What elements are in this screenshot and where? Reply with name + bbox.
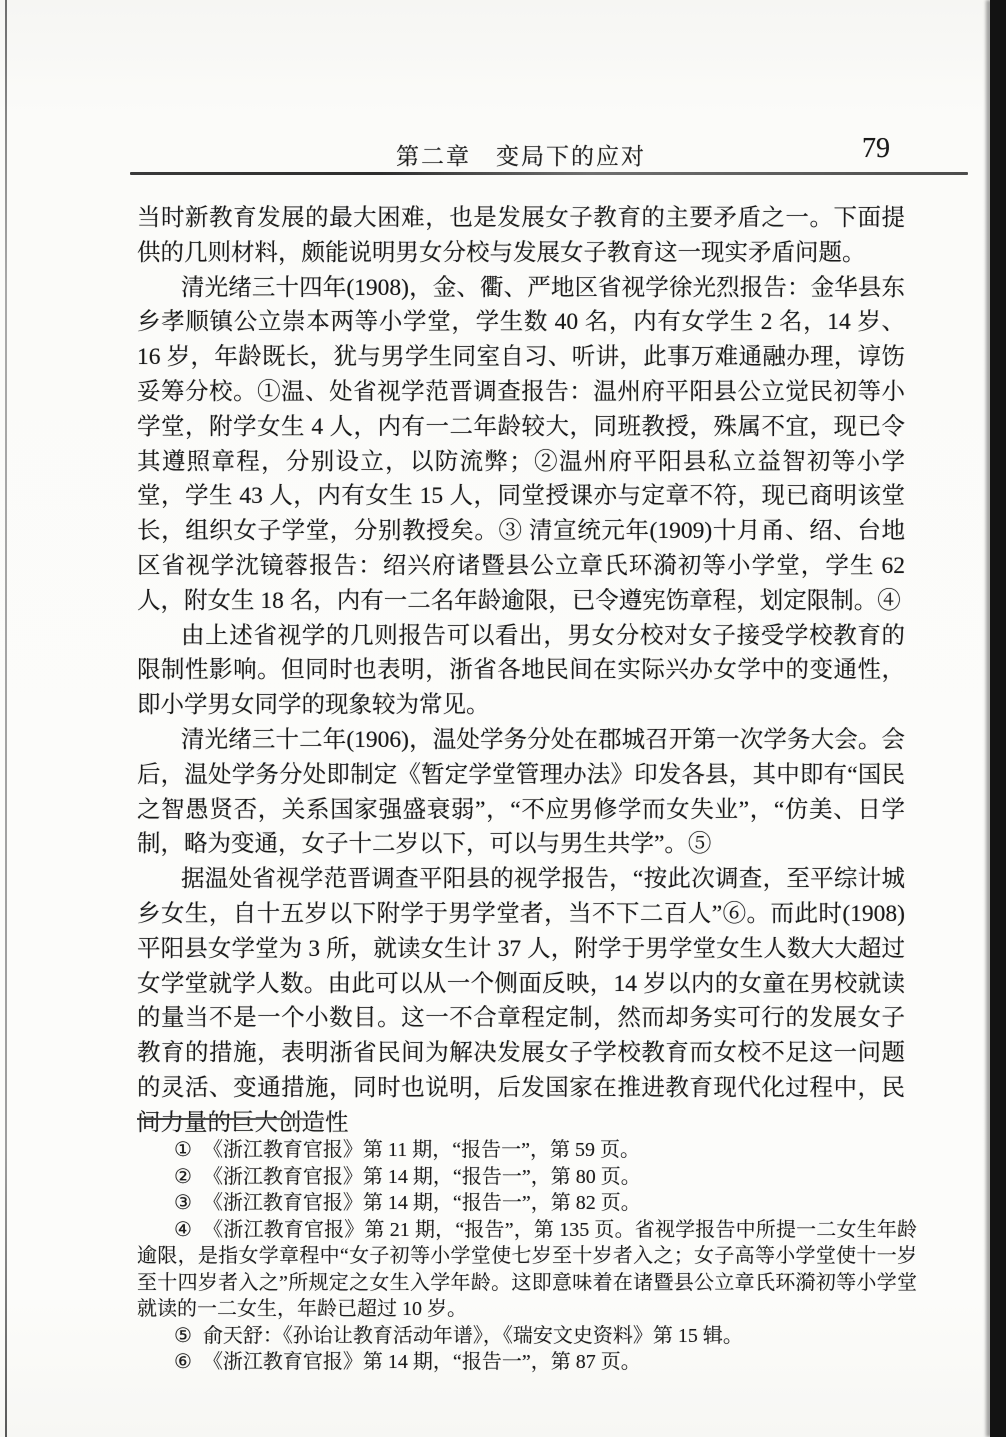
- footnote-text: 《浙江教育官报》第 14 期，“报告一”，第 82 页。: [203, 1192, 641, 1214]
- footnote-text: 《浙江教育官报》第 21 期，“报告”，第 135 页。省视学报告中所提一二女生…: [137, 1219, 917, 1321]
- footnote-text: 俞天舒：《孙诒让教育活动年谱》，《瑞安文史资料》第 15 辑。: [203, 1325, 743, 1347]
- footnote-marker: ③: [174, 1192, 192, 1214]
- scan-right-edge-band: [990, 0, 1006, 1437]
- footnote-text: 《浙江教育官报》第 14 期，“报告一”，第 87 页。: [203, 1351, 641, 1373]
- scanned-book-page: 第二章 变局下的应对 79 当时新教育发展的最大困难，也是发展女子教育的主要矛盾…: [0, 0, 1006, 1437]
- footnote-marker: ⑥: [174, 1351, 192, 1373]
- footnote-text: 《浙江教育官报》第 14 期，“报告一”，第 80 页。: [203, 1166, 641, 1188]
- footnote-text: 《浙江教育官报》第 11 期，“报告一”，第 59 页。: [203, 1139, 640, 1161]
- chapter-header-title: 第二章 变局下的应对: [137, 138, 905, 171]
- footnote-marker: ④: [174, 1219, 192, 1241]
- footnote-item: ②《浙江教育官报》第 14 期，“报告一”，第 80 页。: [137, 1164, 917, 1191]
- body-text: 当时新教育发展的最大困难，也是发展女子教育的主要矛盾之一。下面提供的几则材料，颇…: [137, 201, 905, 1141]
- footnote-marker: ⑤: [174, 1325, 192, 1347]
- page-number: 79: [846, 133, 906, 165]
- scan-left-border-line: [5, 0, 7, 1437]
- footnote-item: ④《浙江教育官报》第 21 期，“报告”，第 135 页。省视学报告中所提一二女…: [137, 1217, 917, 1323]
- footnote-separator-rule: [137, 1118, 324, 1120]
- footnote-marker: ②: [174, 1166, 192, 1188]
- header-rule: [130, 172, 968, 175]
- paragraph: 由上述省视学的几则报告可以看出，男女分校对女子接受学校教育的限制性影响。但同时也…: [137, 619, 905, 723]
- paragraph: 清光绪三十四年(1908)，金、衢、严地区省视学徐光烈报告：金华县东乡孝顺镇公立…: [137, 271, 905, 619]
- footnote-item: ⑥《浙江教育官报》第 14 期，“报告一”，第 87 页。: [137, 1349, 917, 1376]
- footnote-item: ①《浙江教育官报》第 11 期，“报告一”，第 59 页。: [137, 1137, 917, 1164]
- footnote-marker: ①: [174, 1139, 192, 1161]
- footnote-item: ⑤俞天舒：《孙诒让教育活动年谱》，《瑞安文史资料》第 15 辑。: [137, 1323, 917, 1350]
- footnote-item: ③《浙江教育官报》第 14 期，“报告一”，第 82 页。: [137, 1190, 917, 1217]
- paragraph: 清光绪三十二年(1906)，温处学务分处在郡城召开第一次学务大会。会后，温处学务…: [137, 723, 905, 862]
- paragraph: 据温处省视学范晋调查平阳县的视学报告，“按此次调查，至平综计城乡女生，自十五岁以…: [137, 862, 905, 1140]
- paragraph: 当时新教育发展的最大困难，也是发展女子教育的主要矛盾之一。下面提供的几则材料，颇…: [137, 201, 905, 271]
- footnotes-block: ①《浙江教育官报》第 11 期，“报告一”，第 59 页。 ②《浙江教育官报》第…: [137, 1137, 917, 1376]
